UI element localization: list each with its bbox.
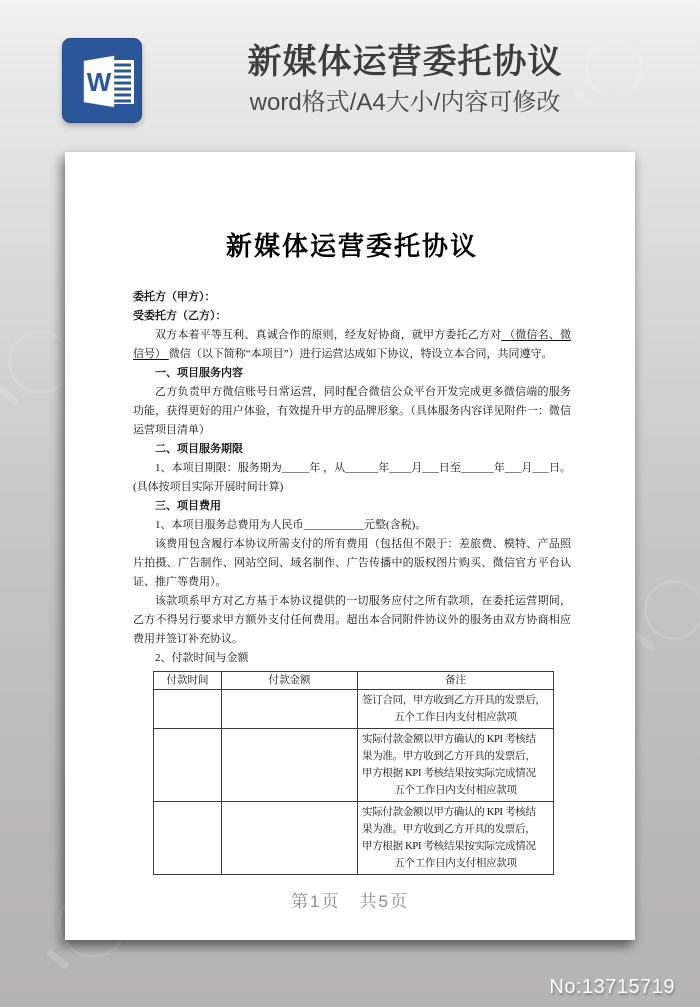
section2-body: 1、本项目期限：服务期为_____年 ，从______年____月___日至__… xyxy=(133,459,571,497)
section3-para2: 该款项系甲方对乙方基于本协议提供的一切服务应付之所有款项，在委托运营期间，乙方不… xyxy=(133,592,571,649)
payment-amount-cell xyxy=(222,690,358,729)
watermark xyxy=(644,580,700,640)
payment-amount-cell xyxy=(222,802,358,875)
header-banner: W 新媒体运营委托协议 word格式/A4大小/内容可修改 xyxy=(0,0,700,140)
payment-schedule-label: 2、付款时间与金额 xyxy=(133,649,571,668)
payment-time-cell xyxy=(154,690,222,729)
payment-amount-cell xyxy=(222,729,358,802)
intro-pre: 双方本着平等互利、真诚合作的原则，经友好协商，就甲方委托乙方对 xyxy=(155,329,501,341)
section3-item1: 1、本项目服务总费用为人民币___________元整(含税)。 xyxy=(133,516,571,535)
banner-title: 新媒体运营委托协议 xyxy=(135,42,675,82)
page-indicator: 第1页 共5页 xyxy=(65,887,635,912)
payment-time-cell xyxy=(154,729,222,802)
header-remark: 备注 xyxy=(358,672,554,690)
banner-subtitle: word格式/A4大小/内容可修改 xyxy=(135,89,675,117)
section1-heading: 一、项目服务内容 xyxy=(133,364,571,383)
section2-heading: 二、项目服务期限 xyxy=(133,440,571,459)
section3-heading: 三、项目费用 xyxy=(133,497,571,516)
table-row: 实际付款金额以甲方确认的 KPI 考核结 果为准。甲方收到乙方开具的发票后， 甲… xyxy=(154,802,554,875)
serial-number: No:13715719 xyxy=(549,976,675,999)
payment-time-cell xyxy=(154,802,222,875)
document-page: 新媒体运营委托协议 委托方（甲方）： 受委托方（乙方）： 双方本着平等互利、真诚… xyxy=(65,152,635,940)
section3-para1: 该费用包含履行本协议所需支付的所有费用（包括但不限于：差旅费、模特、产品照片拍摄… xyxy=(133,535,571,592)
party-a-line: 委托方（甲方）： xyxy=(133,288,571,307)
word-icon: W xyxy=(62,38,142,123)
document-title: 新媒体运营委托协议 xyxy=(133,226,571,263)
intro-paragraph: 双方本着平等互利、真诚合作的原则，经友好协商，就甲方委托乙方对 （微信名、微信号… xyxy=(133,326,571,364)
svg-text:W: W xyxy=(87,67,112,97)
header-payment-time: 付款时间 xyxy=(154,672,222,690)
payment-table: 付款时间 付款金额 备注 签订合同，甲方收到乙方开具的发票后， 五个工作日内支付… xyxy=(153,671,554,875)
remark-cell: 签订合同，甲方收到乙方开具的发票后， 五个工作日内支付相应款项 xyxy=(358,690,554,729)
remark-cell: 实际付款金额以甲方确认的 KPI 考核结 果为准。甲方收到乙方开具的发票后， 甲… xyxy=(358,729,554,802)
header-payment-amount: 付款金额 xyxy=(222,672,358,690)
intro-post: 微信（以下简称“本项目”）进行运营达成如下协议，特设立本合同，共同遵守。 xyxy=(169,348,553,360)
section1-body: 乙方负责甲方微信账号日常运营，同时配合微信公众平台开发完成更多微信端的服务功能，… xyxy=(133,383,571,440)
payment-table-header-row: 付款时间 付款金额 备注 xyxy=(154,672,554,690)
remark-cell: 实际付款金额以甲方确认的 KPI 考核结 果为准。甲方收到乙方开具的发票后， 甲… xyxy=(358,802,554,875)
watermark xyxy=(8,330,72,394)
table-row: 实际付款金额以甲方确认的 KPI 考核结 果为准。甲方收到乙方开具的发票后， 甲… xyxy=(154,729,554,802)
document-body: 委托方（甲方）： 受委托方（乙方）： 双方本着平等互利、真诚合作的原则，经友好协… xyxy=(133,288,571,875)
party-b-line: 受委托方（乙方）： xyxy=(133,307,571,326)
table-row: 签订合同，甲方收到乙方开具的发票后， 五个工作日内支付相应款项 xyxy=(154,690,554,729)
